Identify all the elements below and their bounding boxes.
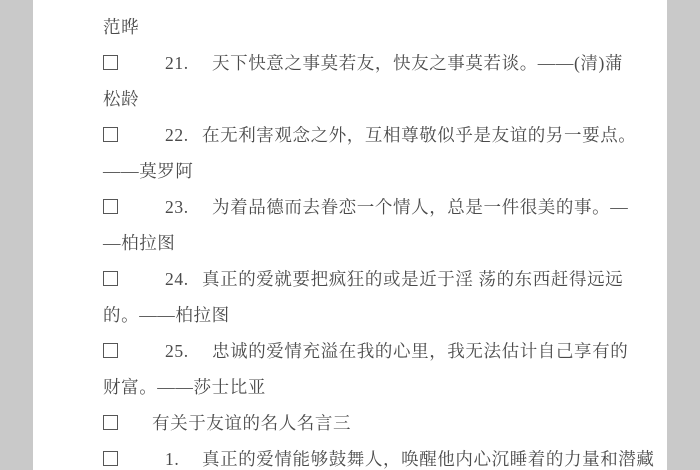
document-viewer: 范晔21.天下快意之事莫若友，快友之事莫若谈。——(清)蒲松龄22.在无利害观念… [0, 0, 700, 470]
checkbox-glyph-icon [103, 199, 118, 214]
document-line: 财富。——莎士比亚 [33, 369, 667, 405]
document-line: 21.天下快意之事莫若友，快友之事莫若谈。——(清)蒲 [33, 45, 667, 81]
quote-text: —柏拉图 [103, 233, 175, 253]
document-line: 范晔 [33, 9, 667, 45]
section-heading-text: 有关于友谊的名人名言三 [152, 413, 351, 433]
quote-number: 25. [165, 333, 192, 369]
viewer-gutter-left [0, 0, 33, 470]
document-line: 25.忠诚的爱情充溢在我的心里，我无法估计自己享有的 [33, 333, 667, 369]
document-page: 范晔21.天下快意之事莫若友，快友之事莫若谈。——(清)蒲松龄22.在无利害观念… [33, 0, 667, 470]
document-line: 1.真正的爱情能够鼓舞人，唤醒他内心沉睡着的力量和潜藏 [33, 441, 667, 470]
quote-text: 在无利害观念之外，互相尊敬似乎是友谊的另一要点。 [202, 125, 636, 145]
document-line: —柏拉图 [33, 225, 667, 261]
checkbox-glyph-icon [103, 55, 118, 70]
quote-text: 真正的爱情能够鼓舞人，唤醒他内心沉睡着的力量和潜藏 [202, 449, 655, 469]
quote-text: 松龄 [103, 89, 139, 109]
quote-number: 23. [165, 189, 192, 225]
document-line: 23.为着品德而去眷恋一个情人，总是一件很美的事。— [33, 189, 667, 225]
checkbox-glyph-icon [103, 451, 118, 466]
quote-text: 的。——柏拉图 [103, 305, 230, 325]
quote-number: 21. [165, 45, 192, 81]
quote-text: 忠诚的爱情充溢在我的心里，我无法估计自己享有的 [212, 341, 628, 361]
checkbox-glyph-icon [103, 127, 118, 142]
document-line: ——莫罗阿 [33, 153, 667, 189]
quote-text: 为着品德而去眷恋一个情人，总是一件很美的事。— [212, 197, 628, 217]
quote-text: 范晔 [103, 17, 139, 37]
viewer-gutter-right [667, 0, 700, 470]
quote-text: 财富。——莎士比亚 [103, 377, 266, 397]
document-content: 范晔21.天下快意之事莫若友，快友之事莫若谈。——(清)蒲松龄22.在无利害观念… [33, 0, 667, 470]
checkbox-glyph-icon [103, 343, 118, 358]
document-line: 有关于友谊的名人名言三 [33, 405, 667, 441]
quote-number: 1. [165, 441, 192, 470]
document-line: 24.真正的爱就要把疯狂的或是近于淫 荡的东西赶得远远 [33, 261, 667, 297]
checkbox-glyph-icon [103, 271, 118, 286]
document-line: 松龄 [33, 81, 667, 117]
quote-number: 22. [165, 117, 192, 153]
quote-text: 真正的爱就要把疯狂的或是近于淫 荡的东西赶得远远 [202, 269, 623, 289]
document-line: 22.在无利害观念之外，互相尊敬似乎是友谊的另一要点。 [33, 117, 667, 153]
quote-text: ——莫罗阿 [103, 161, 194, 181]
quote-text: 天下快意之事莫若友，快友之事莫若谈。——(清)蒲 [212, 53, 623, 73]
document-line: 的。——柏拉图 [33, 297, 667, 333]
quote-number: 24. [165, 261, 192, 297]
checkbox-glyph-icon [103, 415, 118, 430]
